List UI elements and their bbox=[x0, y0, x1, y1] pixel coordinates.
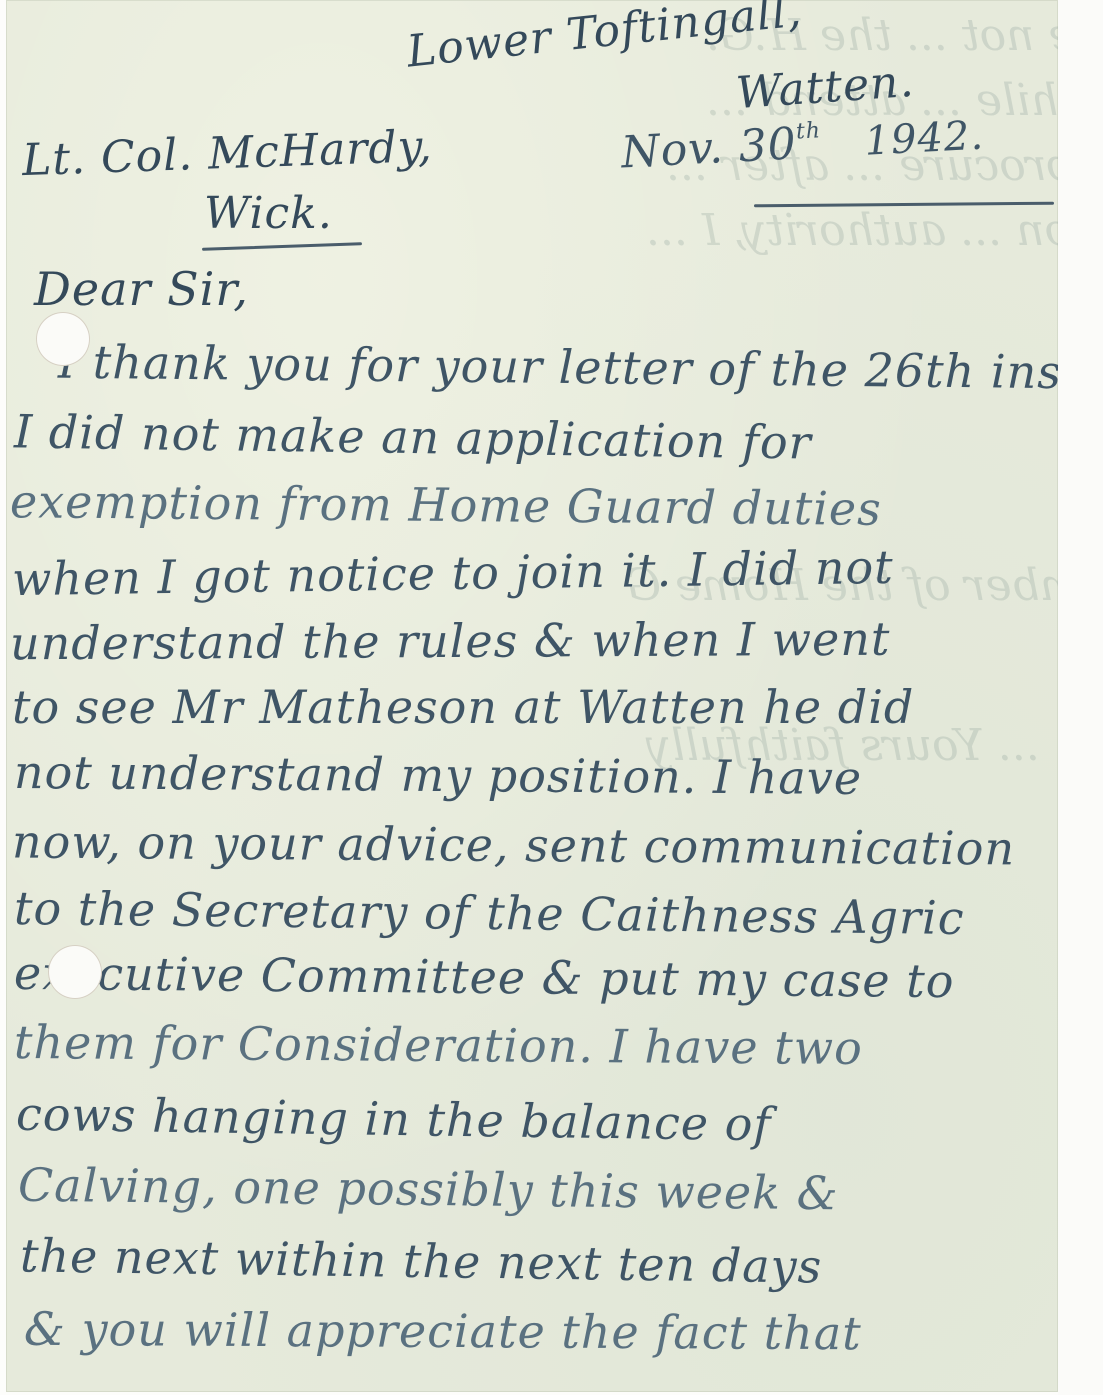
body-line-13: Calving, one possibly this week & bbox=[18, 1158, 839, 1221]
body-line-2: I did not make an application for bbox=[14, 404, 812, 469]
address-line-2: Watten. bbox=[734, 56, 915, 119]
bleed-through-line: exemption ... authority, I ... bbox=[646, 205, 1103, 256]
body-line-3: exemption from Home Guard duties bbox=[10, 474, 882, 536]
body-line-14: the next within the next ten days bbox=[20, 1228, 823, 1293]
date-year: 1942. bbox=[863, 113, 985, 165]
body-line-6: to see Mr Matheson at Watten he did bbox=[12, 680, 914, 734]
body-line-11: them for Consideration. I have two bbox=[14, 1015, 863, 1075]
salutation: Dear Sir, bbox=[34, 262, 249, 316]
body-line-12: cows hanging in the balance of bbox=[16, 1087, 772, 1152]
punch-hole-bottom bbox=[48, 945, 102, 999]
date: Nov. 30th 1942. bbox=[620, 109, 985, 179]
recipient-name: Lt. Col. McHardy, bbox=[21, 121, 433, 186]
address-line-1: Lower Toftingall, bbox=[404, 0, 804, 78]
date-ordinal: th bbox=[795, 118, 821, 144]
body-line-15: & you will appreciate the fact that bbox=[24, 1302, 862, 1360]
letter-page: I have not ... the H.G. while ... attend… bbox=[6, 0, 1058, 1392]
punch-hole-top bbox=[36, 312, 90, 366]
body-line-10: executive Committee & put my case to bbox=[14, 946, 955, 1008]
date-underline bbox=[754, 202, 1054, 208]
scan-margin bbox=[1058, 0, 1103, 1395]
recipient-place: Wick. bbox=[204, 188, 333, 239]
recipient-underline bbox=[202, 242, 362, 251]
body-line-8: now, on your advice, sent communication bbox=[12, 814, 1015, 875]
body-line-4: when I got notice to join it. I did not bbox=[12, 540, 894, 606]
body-line-9: to the Secretary of the Caithness Agric bbox=[14, 881, 965, 945]
body-line-5: understand the rules & when I went bbox=[10, 612, 891, 671]
body-line-7: not understand my position. I have bbox=[14, 745, 862, 805]
body-line-1: I thank you for your letter of the 26th … bbox=[58, 335, 1082, 400]
date-day: Nov. 30 bbox=[620, 118, 798, 178]
